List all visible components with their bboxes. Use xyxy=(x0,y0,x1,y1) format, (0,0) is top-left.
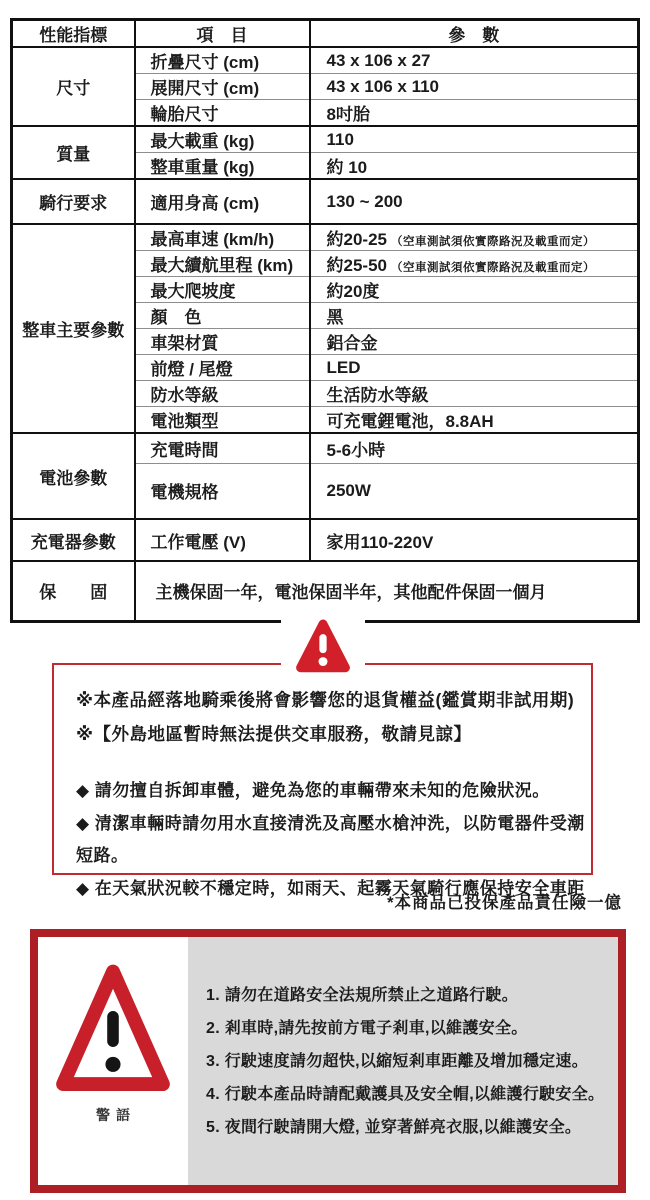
spec-item: 充電時間 xyxy=(135,433,310,463)
warning-list-item: 1. 請勿在道路安全法規所禁止之道路行駛。 xyxy=(206,979,612,1012)
spec-item: 電池類型 xyxy=(135,407,310,434)
warning-box: 警語 1. 請勿在道路安全法規所禁止之道路行駛。 2. 剎車時,請先按前方電子剎… xyxy=(30,929,626,1193)
spec-value: 110 xyxy=(310,126,639,153)
spec-value: 鋁合金 xyxy=(310,329,639,355)
warranty-text: 主機保固一年，電池保固半年，其他配件保固一個月 xyxy=(135,561,639,621)
bullet-line: ◆ 清潔車輛時請勿用水直接清洗及高壓水槍沖洗，以防電器件受潮短路。 xyxy=(76,808,591,873)
spec-item: 車架材質 xyxy=(135,329,310,355)
insurance-note: *本商品已投保產品責任險一億 xyxy=(387,889,622,913)
notice-line: ※【外島地區暫時無法提供交車服務，敬請見諒】 xyxy=(76,717,591,751)
spec-value: 約 10 xyxy=(310,153,639,180)
warning-list-item: 3. 行駛速度請勿超快,以縮短剎車距離及增加穩定速。 xyxy=(206,1045,612,1078)
table-row: 質量 最大載重 (kg) 110 xyxy=(12,126,639,153)
spec-item: 電機規格 xyxy=(135,463,310,519)
spec-value: 約20度 xyxy=(310,277,639,303)
spec-value-note: （空車測試須依實際路況及載重而定） xyxy=(391,262,595,274)
table-row: 電池參數 充電時間 5-6小時 xyxy=(12,433,639,463)
spec-item: 展開尺寸 (cm) xyxy=(135,74,310,100)
spec-value: 約20-25（空車測試須依實際路況及載重而定） xyxy=(310,224,639,251)
spec-value: 5-6小時 xyxy=(310,433,639,463)
spec-value: 黑 xyxy=(310,303,639,329)
spec-category: 電池參數 xyxy=(12,433,135,519)
bullet-line: ◆ 請勿擅自拆卸車體，避免為您的車輛帶來未知的危險狀況。 xyxy=(76,775,591,808)
table-row: 整車主要參數 最高車速 (km/h) 約20-25（空車測試須依實際路況及載重而… xyxy=(12,224,639,251)
product-spec-page: 性能指標 項 目 參 數 尺寸 折疊尺寸 (cm) 43 x 106 x 27 … xyxy=(0,0,650,1200)
warning-list: 1. 請勿在道路安全法規所禁止之道路行駛。 2. 剎車時,請先按前方電子剎車,以… xyxy=(188,937,618,1185)
warning-triangle-icon xyxy=(281,616,365,678)
spec-item: 工作電壓 (V) xyxy=(135,519,310,561)
spec-item: 輪胎尺寸 xyxy=(135,100,310,127)
warning-list-item: 4. 行駛本產品時請配戴護具及安全帽,以維護行駛安全。 xyxy=(206,1078,612,1111)
spec-value: 可充電鋰電池，8.8AH xyxy=(310,407,639,434)
table-row: 充電器參數 工作電壓 (V) 家用110-220V xyxy=(12,519,639,561)
spec-item: 最大爬坡度 xyxy=(135,277,310,303)
header-indicator: 性能指標 xyxy=(12,20,135,48)
notice-line: ※本產品經落地騎乘後將會影響您的退貨權益(鑑賞期非試用期) xyxy=(76,683,591,717)
spec-value: 130 ~ 200 xyxy=(310,179,639,224)
spec-item: 折疊尺寸 (cm) xyxy=(135,47,310,74)
spec-item: 整車重量 (kg) xyxy=(135,153,310,180)
header-item: 項 目 xyxy=(135,20,310,48)
spec-value: 家用110-220V xyxy=(310,519,639,561)
spec-table: 性能指標 項 目 參 數 尺寸 折疊尺寸 (cm) 43 x 106 x 27 … xyxy=(10,18,640,623)
spec-item: 適用身高 (cm) xyxy=(135,179,310,224)
spec-value: 43 x 106 x 27 xyxy=(310,47,639,74)
spec-item: 防水等級 xyxy=(135,381,310,407)
spec-category: 保 固 xyxy=(12,561,135,621)
notice-box: ※本產品經落地騎乘後將會影響您的退貨權益(鑑賞期非試用期) ※【外島地區暫時無法… xyxy=(52,663,593,875)
spec-value: LED xyxy=(310,355,639,381)
table-row: 尺寸 折疊尺寸 (cm) 43 x 106 x 27 xyxy=(12,47,639,74)
warning-list-item: 2. 剎車時,請先按前方電子剎車,以維護安全。 xyxy=(206,1012,612,1045)
warning-box-left-panel: 警語 xyxy=(38,937,188,1185)
spec-value-main: 約20-25 xyxy=(327,230,387,249)
spec-item: 最大續航里程 (km) xyxy=(135,251,310,277)
spec-category: 充電器參數 xyxy=(12,519,135,561)
spec-category: 質量 xyxy=(12,126,135,179)
spec-value: 生活防水等級 xyxy=(310,381,639,407)
table-row: 保 固 主機保固一年，電池保固半年，其他配件保固一個月 xyxy=(12,561,639,621)
table-row: 騎行要求 適用身高 (cm) 130 ~ 200 xyxy=(12,179,639,224)
warning-triangle-outline-icon xyxy=(55,961,171,1097)
spec-value: 250W xyxy=(310,463,639,519)
spec-value-note: （空車測試須依實際路況及載重而定） xyxy=(391,236,595,248)
spec-value: 43 x 106 x 110 xyxy=(310,74,639,100)
spec-item: 前燈 / 尾燈 xyxy=(135,355,310,381)
table-header-row: 性能指標 項 目 參 數 xyxy=(12,20,639,48)
spec-item: 最高車速 (km/h) xyxy=(135,224,310,251)
spec-category: 尺寸 xyxy=(12,47,135,126)
header-parameter: 參 數 xyxy=(310,20,639,48)
spec-category: 騎行要求 xyxy=(12,179,135,224)
spec-item: 最大載重 (kg) xyxy=(135,126,310,153)
warning-list-item: 5. 夜間行駛請開大燈, 並穿著鮮亮衣服,以維護安全。 xyxy=(206,1111,612,1144)
spec-category: 整車主要參數 xyxy=(12,224,135,433)
spec-value-main: 約25-50 xyxy=(327,256,387,275)
warning-label: 警語 xyxy=(38,1105,188,1125)
spec-value: 約25-50（空車測試須依實際路況及載重而定） xyxy=(310,251,639,277)
spec-item: 顏 色 xyxy=(135,303,310,329)
spec-value: 8吋胎 xyxy=(310,100,639,127)
